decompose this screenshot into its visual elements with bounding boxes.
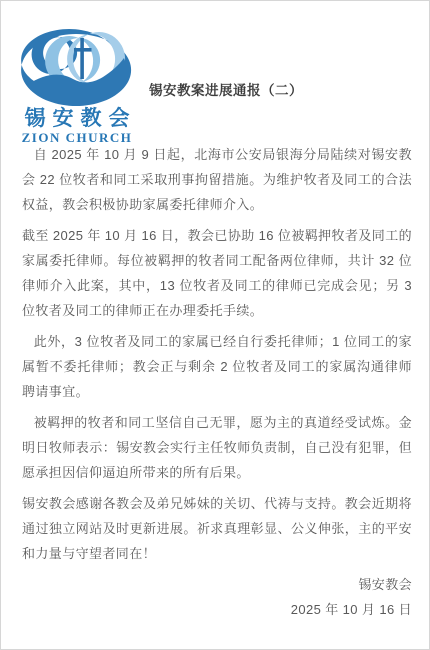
notice-paragraph: 锡安教会感谢各教会及弟兄姊妹的关切、代祷与支持。教会近期将通过独立网站及时更新进…	[22, 491, 412, 566]
signature-name: 锡安教会	[22, 572, 412, 597]
notice-document: 锡安教会 ZION CHURCH 锡安教案进展通报（二） 自 2025 年 10…	[0, 0, 430, 650]
notice-paragraph: 被羁押的牧者和同工坚信自己无罪，愿为主的真道经受试炼。金明日牧师表示：锡安教会实…	[22, 410, 412, 485]
signature-block: 锡安教会 2025 年 10 月 16 日	[22, 572, 412, 622]
notice-paragraph: 自 2025 年 10 月 9 日起，北海市公安局银海分局陆续对锡安教会 22 …	[22, 142, 412, 217]
notice-body: 自 2025 年 10 月 9 日起，北海市公安局银海分局陆续对锡安教会 22 …	[22, 142, 412, 622]
church-logo-icon	[19, 28, 135, 106]
notice-title: 锡安教案进展通报（二）	[149, 79, 303, 99]
logo-church-name-cn: 锡安教会	[18, 107, 143, 130]
notice-paragraph: 截至 2025 年 10 月 16 日，教会已协助 16 位被羁押牧者及同工的家…	[22, 223, 412, 323]
church-logo: 锡安教会 ZION CHURCH	[18, 28, 136, 145]
notice-paragraph: 此外，3 位牧者及同工的家属已经自行委托律师；1 位同工的家属暂不委托律师；教会…	[22, 329, 412, 404]
signature-date: 2025 年 10 月 16 日	[22, 597, 412, 622]
